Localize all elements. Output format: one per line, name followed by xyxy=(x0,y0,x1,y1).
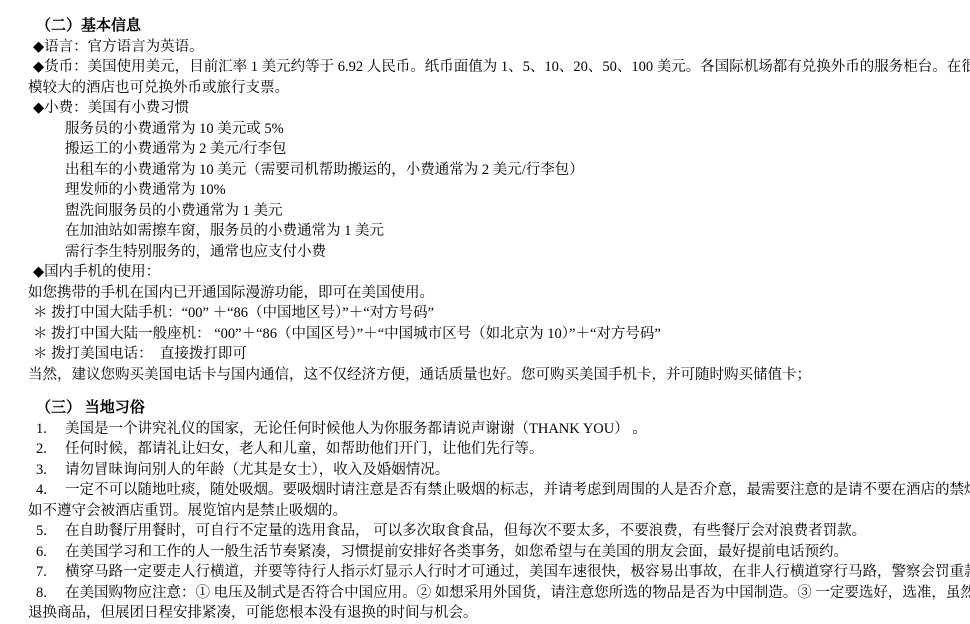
list-item-text: 在美国学习和工作的人一般生活节奏紧凑，习惯提前安排好各类事务，如您希望与在美国的… xyxy=(65,544,848,560)
list-item-text: 一定不可以随地吐痰，随处吸烟。要吸烟时请注意是否有禁止吸烟的标志，并请考虑到周围… xyxy=(65,482,970,498)
dial-mainland-landline-line: ＊ 拨打中国大陆一般座机： “00”＋“86（中国区号）”＋“中国城市区号（如北… xyxy=(33,324,970,345)
phone-note-line: 当然，建议您购买美国电话卡与国内通信，这不仅经济方便，通话质量也好。您可购买美国… xyxy=(28,365,970,386)
list-item-text: 在自助餐厅用餐时，可自行不定量的选用食品， 可以多次取食食品，但每次不要太多，不… xyxy=(65,523,866,539)
custom-item-5: 5.在自助餐厅用餐时，可自行不定量的选用食品， 可以多次取食食品，但每次不要太多… xyxy=(36,521,970,542)
currency-line-2: 模较大的酒店也可兑换外币或旅行支票。 xyxy=(28,78,970,99)
list-number: 8. xyxy=(36,583,65,604)
document-page: （二）基本信息 ◆语言：官方语言为英语。 ◆货币：美国使用美元，目前汇率 1 美… xyxy=(0,0,970,624)
custom-item-2: 2.任何时候，都请礼让妇女，老人和儿童，如帮助他们开门，让他们先行等。 xyxy=(36,439,970,460)
custom-item-4-continuation: 如不遵守会被酒店重罚。展览馆内是禁止吸烟的。 xyxy=(28,501,970,522)
phone-usage-heading: ◆国内手机的使用： xyxy=(33,262,970,283)
tip-line-waiter: 服务员的小费通常为 10 美元或 5% xyxy=(65,119,970,140)
section-heading-local-customs: （三） 当地习俗 xyxy=(36,398,970,419)
tip-line-taxi: 出租车的小费通常为 10 美元（需要司机帮助搬运的，小费通常为 2 美元/行李包… xyxy=(65,160,970,181)
list-number: 2. xyxy=(36,439,65,460)
custom-item-1: 1.美国是一个讲究礼仪的国家，无论任何时候他人为你服务都请说声谢谢（THANK … xyxy=(36,419,970,440)
custom-item-8-continuation: 退换商品，但展团日程安排紧凑，可能您根本没有退换的时间与机会。 xyxy=(28,603,970,624)
list-number: 6. xyxy=(36,542,65,563)
list-number: 7. xyxy=(36,562,65,583)
phone-intro-line: 如您携带的手机在国内已开通国际漫游功能，即可在美国使用。 xyxy=(28,283,970,304)
tip-line-gas-station: 在加油站如需擦车窗，服务员的小费通常为 1 美元 xyxy=(65,221,970,242)
list-number: 1. xyxy=(36,419,65,440)
custom-item-8: 8.在美国购物应注意：① 电压及制式是否符合中国应用。② 如想采用外国货，请注意… xyxy=(36,583,970,604)
tip-line-bellboy: 需行李生特别服务的，通常也应支付小费 xyxy=(65,242,970,263)
tip-line-barber: 理发师的小费通常为 10% xyxy=(65,180,970,201)
currency-line-1: ◆货币：美国使用美元，目前汇率 1 美元约等于 6.92 人民币。纸币面值为 1… xyxy=(33,57,970,78)
list-number: 4. xyxy=(36,480,65,501)
custom-item-7: 7.横穿马路一定要走人行横道，并要等待行人指示灯显示人行时才可通过，美国车速很快… xyxy=(36,562,970,583)
section-heading-basic-info: （二）基本信息 xyxy=(36,16,970,37)
tip-line-porter: 搬运工的小费通常为 2 美元/行李包 xyxy=(65,139,970,160)
list-number: 5. xyxy=(36,521,65,542)
language-line: ◆语言：官方语言为英语。 xyxy=(33,37,970,58)
dial-mainland-mobile-line: ＊ 拨打中国大陆手机：“00” ＋“86（中国地区号）”＋“对方号码” xyxy=(33,303,970,324)
list-number: 3. xyxy=(36,460,65,481)
custom-item-6: 6.在美国学习和工作的人一般生活节奏紧凑，习惯提前安排好各类事务，如您希望与在美… xyxy=(36,542,970,563)
list-item-text: 在美国购物应注意：① 电压及制式是否符合中国应用。② 如想采用外国货，请注意您所… xyxy=(65,585,970,601)
list-item-text: 横穿马路一定要走人行横道，并要等待行人指示灯显示人行时才可通过，美国车速很快，极… xyxy=(65,564,970,580)
tips-heading: ◆小费：美国有小费习惯 xyxy=(33,98,970,119)
tip-line-restroom: 盥洗间服务员的小费通常为 1 美元 xyxy=(65,201,970,222)
list-item-text: 请勿冒昧询问别人的年龄（尤其是女士），收入及婚姻情况。 xyxy=(65,462,449,478)
dial-us-phone-line: ＊ 拨打美国电话： 直接拨打即可 xyxy=(33,344,970,365)
custom-item-4: 4.一定不可以随地吐痰，随处吸烟。要吸烟时请注意是否有禁止吸烟的标志，并请考虑到… xyxy=(36,480,970,501)
list-item-text: 美国是一个讲究礼仪的国家，无论任何时候他人为你服务都请说声谢谢（THANK YO… xyxy=(65,421,647,437)
section-gap xyxy=(0,385,970,398)
list-item-text: 任何时候，都请礼让妇女，老人和儿童，如帮助他们开门，让他们先行等。 xyxy=(65,441,544,457)
custom-item-3: 3.请勿冒昧询问别人的年龄（尤其是女士），收入及婚姻情况。 xyxy=(36,460,970,481)
